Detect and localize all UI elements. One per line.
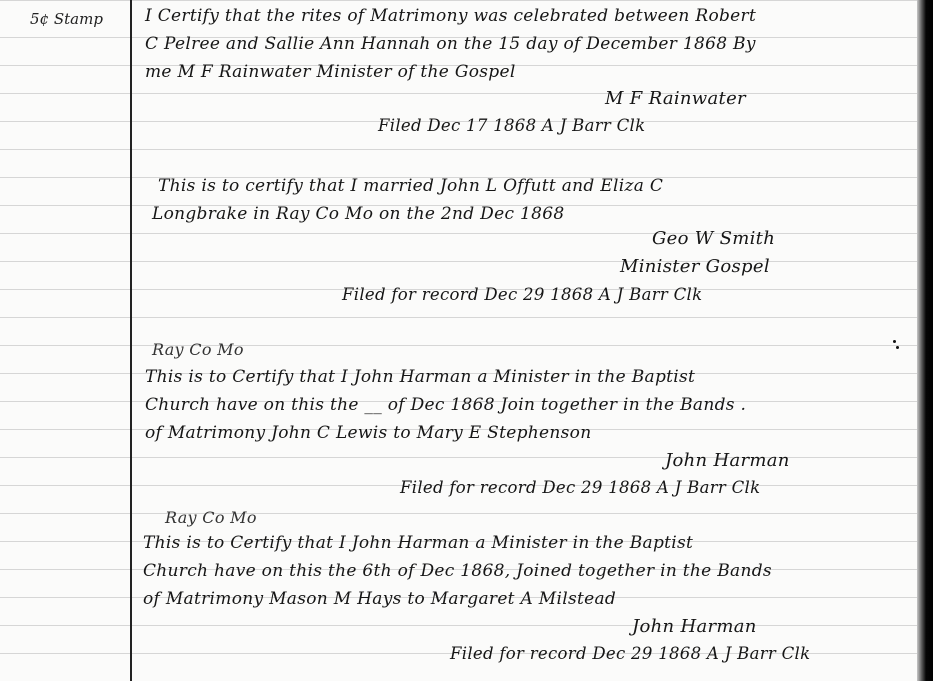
entry-2-body-line: This is to certify that I married John L… bbox=[158, 176, 663, 196]
entry-3-body-line: Church have on this the __ of Dec 1868 J… bbox=[145, 395, 746, 415]
entry-1-body-line: I Certify that the rites of Matrimony wa… bbox=[145, 6, 756, 26]
entry-1-body-line: me M F Rainwater Minister of the Gospel bbox=[145, 62, 516, 82]
entry-3-filed-line: Filed for record Dec 29 1868 A J Barr Cl… bbox=[400, 478, 760, 497]
entry-1-body-line: C Pelree and Sallie Ann Hannah on the 15… bbox=[145, 34, 756, 54]
entry-3-body-line: of Matrimony John C Lewis to Mary E Step… bbox=[145, 423, 591, 443]
entry-2-filed-line: Filed for record Dec 29 1868 A J Barr Cl… bbox=[342, 285, 702, 304]
entry-2-signature: Geo W Smith bbox=[652, 228, 775, 249]
entry-4-filed-line: Filed for record Dec 29 1868 A J Barr Cl… bbox=[450, 644, 810, 663]
margin-rule bbox=[130, 0, 132, 681]
entry-3-county-heading: Ray Co Mo bbox=[152, 340, 244, 359]
entry-3-body-line: This is to Certify that I John Harman a … bbox=[145, 367, 695, 387]
ink-specks bbox=[893, 340, 896, 343]
margin-note-stamp: 5¢ Stamp bbox=[30, 10, 103, 28]
entry-1-filed-line: Filed Dec 17 1868 A J Barr Clk bbox=[378, 116, 645, 135]
register-page: 5¢ Stamp I Certify that the rites of Mat… bbox=[0, 0, 933, 681]
entry-2-signature-title: Minister Gospel bbox=[620, 256, 770, 277]
entry-4-body-line: Church have on this the 6th of Dec 1868,… bbox=[143, 561, 772, 581]
entry-1-signature: M F Rainwater bbox=[605, 88, 746, 109]
entry-4-signature: John Harman bbox=[632, 616, 757, 637]
entry-3-signature: John Harman bbox=[665, 450, 790, 471]
entry-2-body-line: Longbrake in Ray Co Mo on the 2nd Dec 18… bbox=[152, 204, 564, 224]
entry-4-county-heading: Ray Co Mo bbox=[165, 508, 257, 527]
page-binding-edge bbox=[917, 0, 933, 681]
entry-4-body-line: This is to Certify that I John Harman a … bbox=[143, 533, 693, 553]
entry-4-body-line: of Matrimony Mason M Hays to Margaret A … bbox=[143, 589, 616, 609]
